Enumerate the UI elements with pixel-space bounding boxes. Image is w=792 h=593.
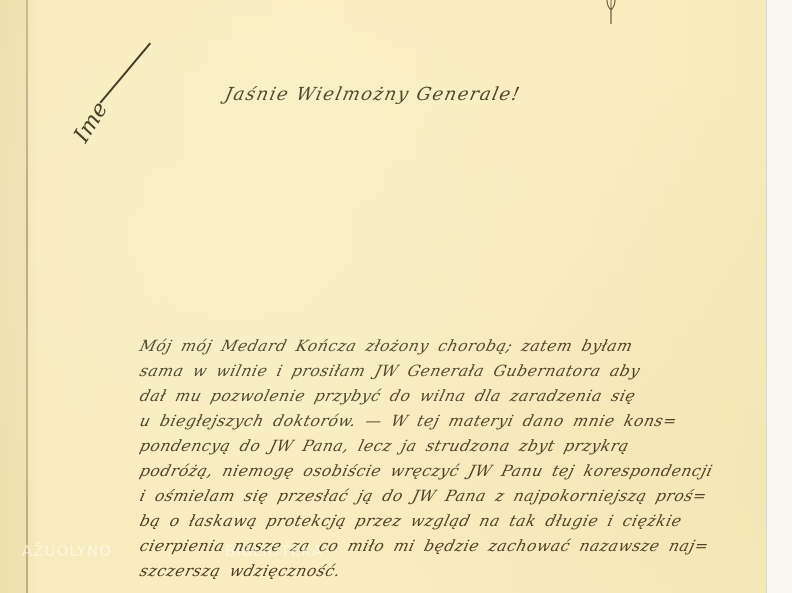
margin-note-stroke	[99, 43, 150, 104]
scan-background-edge	[766, 0, 792, 593]
margin-note: Ime	[69, 98, 113, 147]
body-line: szczerszą wdzięczność.	[137, 559, 763, 584]
body-line: sama w wilnie i prosiłam JW Generała Gub…	[137, 359, 763, 384]
page-fold-strip	[0, 0, 27, 593]
salutation: Jaśnie Wielmożny Generale!	[223, 84, 523, 105]
watermark-right: BIBLIOTEKA	[225, 542, 323, 560]
body-line: pondencyą do JW Pana, lecz ja strudzona …	[137, 434, 763, 459]
body-line: u biegłejszych doktorów. — W tej materyi…	[137, 409, 763, 434]
body-line: dał mu pozwolenie przybyć do wilna dla z…	[137, 384, 763, 409]
top-ink-mark-icon	[604, 0, 618, 26]
manuscript-page: Ime Jaśnie Wielmożny Generale! Mój mój M…	[0, 0, 766, 593]
watermark-left: AŽUOLYNO	[22, 542, 112, 560]
page-fold-line	[26, 0, 28, 593]
body-line: Mój mój Medard Kończa złożony chorobą; z…	[137, 334, 763, 359]
body-line: i ośmielam się przesłać ją do JW Pana z …	[137, 484, 763, 509]
body-line: podróżą, niemogę osobiście wręczyć JW Pa…	[137, 459, 763, 484]
body-line: bą o łaskawą protekcją przez wzgląd na t…	[137, 509, 763, 534]
